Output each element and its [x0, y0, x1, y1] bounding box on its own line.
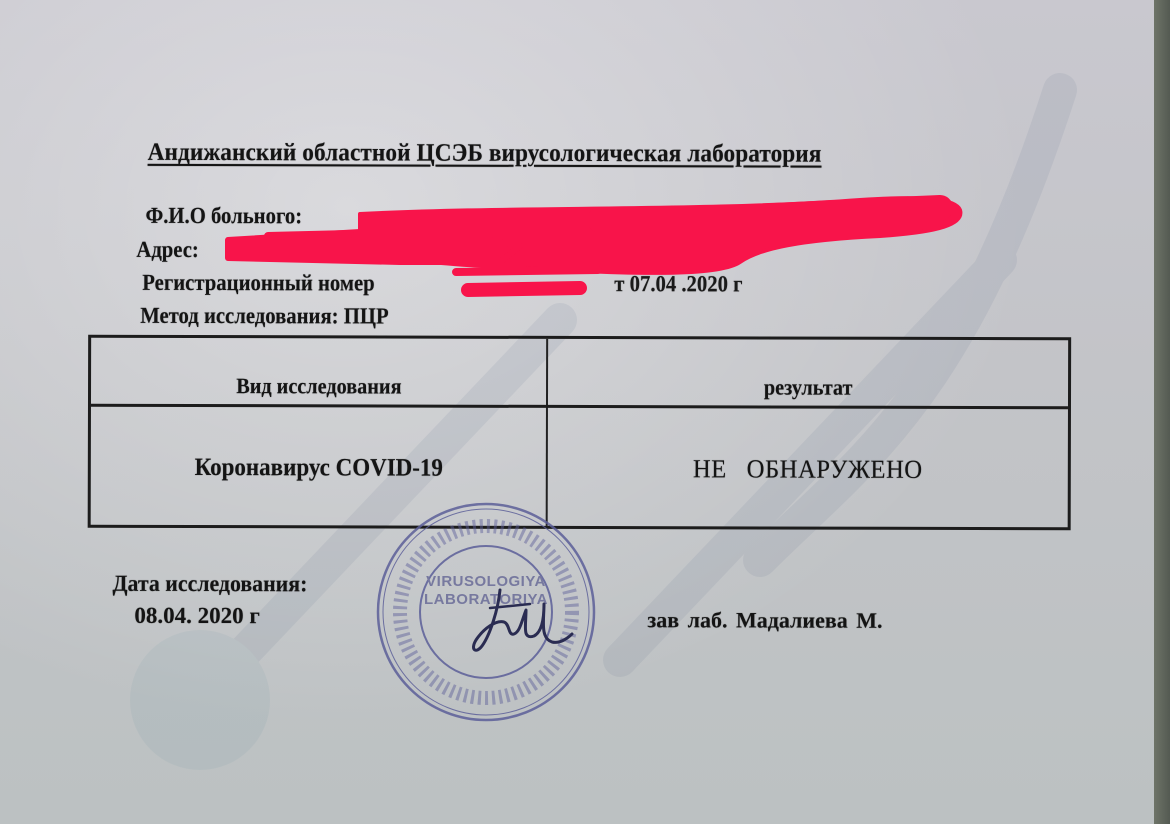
table-cell-result: НЕ ОБНАРУЖЕНО [548, 449, 1068, 490]
column-header-label: результат [764, 374, 853, 400]
registration-number-label: Регистрационный номер [142, 270, 374, 297]
column-header-label: Вид исследования [236, 373, 401, 399]
registration-date: т 07.04 .2020 г [614, 271, 742, 297]
patient-name-label: Ф.И.О больного: [145, 203, 302, 229]
method-value: ПЦР [344, 303, 389, 328]
study-date-label: Дата исследования: [112, 571, 307, 598]
method-label: Метод исследования: [140, 303, 338, 329]
head-of-lab-signature-line: зав лаб. Мадалиева М. [647, 607, 882, 634]
column-header-test-type: Вид исследования [91, 368, 546, 405]
table-cell-test-type: Коронавирус COVID-19 [91, 448, 546, 489]
result-value: НЕ ОБНАРУЖЕНО [693, 454, 923, 485]
study-date-value: 08.04. 2020 г [134, 603, 260, 629]
method-field: Метод исследования: ПЦР [140, 303, 388, 330]
signature-icon [460, 580, 580, 660]
lab-title: Андижанский областной ЦСЭБ вирусологичес… [148, 139, 822, 169]
column-header-result: результат [548, 369, 1068, 406]
address-label: Адрес: [136, 237, 199, 263]
test-type-value: Коронавирус COVID-19 [194, 454, 442, 483]
